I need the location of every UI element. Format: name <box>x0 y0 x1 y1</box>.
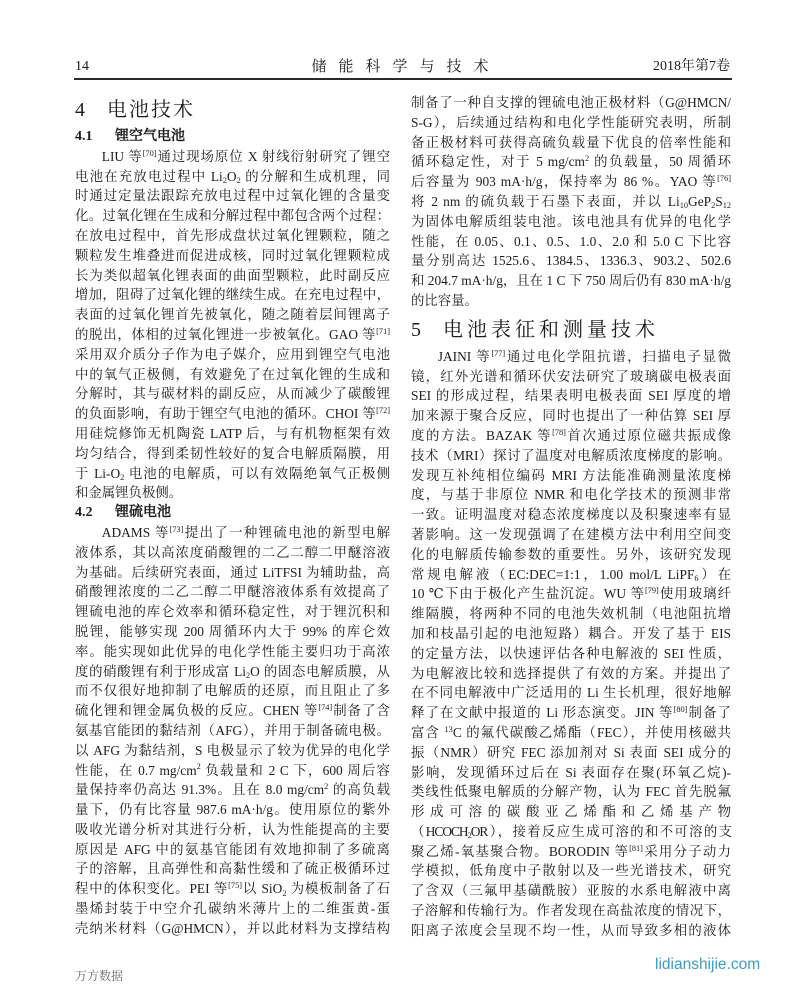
text-line: 增加，阻碍了过氧化锂的继续生成。在充电过程中， <box>75 285 390 305</box>
text-line: 在放电过程中，首先形成盘状过氧化锂颗粒，随之 <box>75 226 390 246</box>
subscript: 2 <box>223 176 227 185</box>
text-line: 10 ℃下由于极化产生盐沉淀。WU 等[79]使用玻璃纤 <box>411 584 731 604</box>
text-line: 聚乙烯-氧基聚合物。BORODIN 等[81]采用分子动力 <box>411 842 731 862</box>
text-line: 备正极材料可获得高硫负载量下优良的倍率性能和 <box>411 133 731 153</box>
citation-ref: [70] <box>143 149 157 158</box>
section-heading: 4电池技术 <box>75 96 390 127</box>
right-column: 制备了一种自支撑的锂硫电池正极材料（G@HMCN/S-G），后续通过结构和电化学… <box>411 93 731 941</box>
subscript: 2 <box>120 473 124 482</box>
paragraph: LIU 等[70]通过现场原位 X 射线衍射研究了锂空电池在充放电过程中 Li2… <box>75 147 390 503</box>
text-line: 度的方法。BAZAK 等[78]首次通过原位磁共振成像 <box>411 426 731 446</box>
text-line: 学模拟，低角度中子散射以及一些光谱技术，研究 <box>411 861 731 881</box>
text-line: 振（NMR）研究 FEC 添加剂对 Si 表面 SEI 成分的 <box>411 743 731 763</box>
subscript: 2 <box>468 831 471 840</box>
text-line: 分解时，其与碳材料的副反应，从而减少了碳酸锂 <box>75 384 390 404</box>
text-line: 循环稳定性，对于 5 mg/cm2 的负载量，50 周循环 <box>411 152 731 172</box>
text-line: 释了在文献中报道的 Li 形态演变。JIN 等[80]制备了 <box>411 703 731 723</box>
text-line: 形成可溶的碳酸亚乙烯酯和乙烯基产物 <box>411 802 731 822</box>
source-label: 万方数据 <box>75 968 123 984</box>
text-line: 于 Li-O2 电池的电解质，可以有效隔绝氧气正极侧 <box>75 464 390 484</box>
text-line: 墨烯封装于中空介孔碳纳米薄片上的二维蛋黄-蛋 <box>75 899 390 919</box>
text-line: 程中的体积变化。PEI 等[75]以 SiO2 为模板制备了石 <box>75 879 390 899</box>
text-line: 为固体电解质组装电池。该电池具有优异的电化学 <box>411 212 731 232</box>
text-line: 影响，发现循环过后在 Si 表面存在聚(环氧乙烷)- <box>411 763 731 783</box>
text-line: 采用双介质分子作为电子媒介，应用到锂空气电池 <box>75 345 390 365</box>
text-line: 性能，在 0.7 mg/cm2 负载量和 2 C 下，600 周后容 <box>75 761 390 781</box>
text-line: 为电解液比较和选择提供了有效的方案。并提出了 <box>411 664 731 684</box>
text-line: 子溶解和传输行为。作者发现在高盐浓度的情况下， <box>411 901 731 921</box>
text-line: 富含 13C 的氟代碳酸乙烯酯（FEC），并使用核磁共 <box>411 723 731 743</box>
citation-ref: [81] <box>629 844 643 853</box>
text-line: 的脱出，体相的过氧化锂进一步被氧化。GAO 等[71] <box>75 325 390 345</box>
text-line: 原因是 AFG 中的氨基官能团有效地抑制了多硫离 <box>75 840 390 860</box>
text-line: 了含双（三氟甲基磺酰胺）亚胺的水系电解液中离 <box>411 881 731 901</box>
citation-ref: [77] <box>491 349 505 358</box>
text-line: 以 AFG 为黏结剂，S 电极显示了较为优异的电化学 <box>75 741 390 761</box>
text-line: 的负面影响，有助于锂空气电池的循环。CHOI 等[72] <box>75 404 390 424</box>
text-line: 维隔膜，将两种不同的电池失效机制（电池阻抗增 <box>411 604 731 624</box>
citation-ref: [79] <box>645 586 659 595</box>
text-line: 一致。证明温度对稳态浓度梯度以及积聚速率有显 <box>411 505 731 525</box>
text-line: 度的硝酸锂有利于形成富 Li2O 的固态电解质膜，从 <box>75 662 390 682</box>
text-line: 制备了一种自支撑的锂硫电池正极材料（G@HMCN/ <box>411 93 731 113</box>
text-line: （HCOCH2OR），接着反应生成可溶的和不可溶的支 <box>411 822 731 842</box>
text-line: LIU 等[70]通过现场原位 X 射线衍射研究了锂空 <box>75 147 390 167</box>
text-line: 将 2 nm 的硫负载于石墨下表面，并以 Li10GeP2S12 <box>411 192 731 212</box>
text-line: 硫化锂和锂金属负极的反应。CHEN 等[74]制备了含 <box>75 701 390 721</box>
text-line: 和 204.7 mA·h/g，且在 1 C 下 750 周后仍有 830 mA·… <box>411 271 731 291</box>
text-line: 锂硫电池的库仑效率和循环稳定性，对于锂沉积和 <box>75 602 390 622</box>
paragraph: ADAMS 等[73]提出了一种锂硫电池的新型电解液体系，其以高浓度硝酸锂的二乙… <box>75 523 390 939</box>
text-line: 和金属锂负极侧。 <box>75 483 390 503</box>
citation-ref: [71] <box>376 327 390 336</box>
text-line: 类线性低聚电解质的分解产物，认为 FEC 首先脱氟 <box>411 782 731 802</box>
citation-ref: [72] <box>376 406 390 415</box>
subscript: 2 <box>282 889 286 898</box>
text-line: 吸收光谱分析对其进行分析，认为性能提高的主要 <box>75 820 390 840</box>
superscript: 2 <box>197 762 201 771</box>
text-line: 量保持率仍高达 91.3%。且在 8.0 mg/cm2 的高负载 <box>75 780 390 800</box>
text-line: 表面的过氧化锂首先被氧化，随之随着层间锂离子 <box>75 305 390 325</box>
text-line: 加和枝晶引起的电池短路）耦合。开发了基于 EIS <box>411 624 731 644</box>
citation-ref: [73] <box>170 525 184 534</box>
text-line: 脱锂，能够实现 200 周循环内大于 99% 的库仑效 <box>75 622 390 642</box>
text-line: S-G），后续通过结构和电化学性能研究表明，所制 <box>411 113 731 133</box>
heading-title: 电池技术 <box>107 99 195 121</box>
subscript: 2 <box>246 671 250 680</box>
citation-ref: [74] <box>318 703 332 712</box>
subscript: 10 <box>680 201 688 210</box>
heading-number: 4.1 <box>75 127 115 147</box>
text-line: 的比容量。 <box>411 291 731 311</box>
text-line: 发现互补纯相位编码 MRI 方法能准确测量浓度梯 <box>411 466 731 486</box>
text-line: 时通过定量法跟踪充放电过程中过氧化锂的含量变 <box>75 186 390 206</box>
text-line: 中的氧气正极侧，有效避免了在过氧化锂的生成和 <box>75 365 390 385</box>
text-line: 为基础。后续研究表面，通过 LiTFSI 为辅助盐，高 <box>75 563 390 583</box>
site-watermark: lidianshijie.com <box>655 955 760 975</box>
text-line: 用硅烷修饰无机陶瓷 LATP 后，与有机物框架有效 <box>75 424 390 444</box>
superscript: 13 <box>445 725 453 734</box>
text-line: 量下，仍有比容量 987.6 mA·h/g。使用原位的紫外 <box>75 800 390 820</box>
text-line: 颗粒发生堆叠进而促进成核，同时过氧化锂颗粒成 <box>75 246 390 266</box>
left-column: 4电池技术4.1锂空气电池LIU 等[70]通过现场原位 X 射线衍射研究了锂空… <box>75 96 390 939</box>
heading-title: 电池表征和测量技术 <box>443 319 659 341</box>
text-line: 均匀结合，得到柔韧性较好的复合电解质隔膜，用 <box>75 444 390 464</box>
citation-ref: [80] <box>674 705 688 714</box>
text-line: 硝酸锂浓度的二乙二醇二甲醚溶液体系有效提高了 <box>75 582 390 602</box>
text-line: JAINI 等[77]通过电化学阻抗谱，扫描电子显微 <box>411 347 731 367</box>
subscript: 2 <box>711 201 715 210</box>
heading-number: 4.2 <box>75 503 115 523</box>
text-line: 阳离子浓度会呈现不均一性，从而导致多相的液体 <box>411 921 731 941</box>
superscript: 2 <box>585 154 589 163</box>
heading-title: 锂硫电池 <box>115 505 171 520</box>
header-rule <box>74 78 732 80</box>
journal-page: 14 储能科学与技术 2018年第7卷 4电池技术4.1锂空气电池LIU 等[7… <box>0 0 800 1000</box>
citation-ref: [76] <box>717 174 731 183</box>
paragraph: 制备了一种自支撑的锂硫电池正极材料（G@HMCN/S-G），后续通过结构和电化学… <box>411 93 731 311</box>
text-line: 壳纳米材料（G@HMCN），并以此材料为支撑结构 <box>75 919 390 939</box>
heading-number: 4 <box>75 96 107 124</box>
subsection-heading: 4.1锂空气电池 <box>75 127 390 147</box>
text-line: SEI 的形成过程，结果表明电极表面 SEI 厚度的增 <box>411 386 731 406</box>
text-line: 液体系，其以高浓度硝酸锂的二乙二醇二甲醚溶液 <box>75 543 390 563</box>
text-line: 化的电解质传输参数的重要性。另外，该研究发现 <box>411 545 731 565</box>
subsection-heading: 4.2锂硫电池 <box>75 503 390 523</box>
text-line: 的定量方法，以快速评估各种电解液的 SEI 性质， <box>411 644 731 664</box>
text-line: 加来源于聚合反应，同时也提出了一种估算 SEI 厚 <box>411 406 731 426</box>
heading-title: 锂空气电池 <box>115 129 185 144</box>
text-line: 技术（MRI）探讨了温度对电解质浓度梯度的影响。 <box>411 446 731 466</box>
text-line: 率。能实现如此优异的电化学性能主要归功于高浓 <box>75 642 390 662</box>
text-line: 在不同电解液中广泛适用的 Li 生长机理，很好地解 <box>411 683 731 703</box>
citation-ref: [78] <box>552 428 566 437</box>
superscript: 2 <box>324 782 328 791</box>
text-line: 量分别高达 1525.6、1384.5、1336.3、903.2、502.6 <box>411 251 731 271</box>
text-line: 常规电解液（EC:DEC=1:1，1.00 mol/L LiPF6）在 <box>411 565 731 585</box>
text-line: 化。过氧化锂在生成和分解过程中都包含两个过程： <box>75 206 390 226</box>
text-line: 镜，红外光谱和循环伏安法研究了玻璃碳电极表面 <box>411 367 731 387</box>
text-line: 度，与基于非原位 NMR 和电化学技术的预测非常 <box>411 485 731 505</box>
section-heading: 5电池表征和测量技术 <box>411 311 731 347</box>
text-line: 著影响。这一发现强调了在建模方法中利用空间变 <box>411 525 731 545</box>
text-line: 电池在充放电过程中 Li2O2 的分解和生成机理，同 <box>75 167 390 187</box>
paragraph: JAINI 等[77]通过电化学阻抗谱，扫描电子显微镜，红外光谱和循环伏安法研究… <box>411 347 731 941</box>
text-line: 性能，在 0.05、0.1、0.5、1.0、2.0 和 5.0 C 下比容 <box>411 232 731 252</box>
subscript: 2 <box>237 176 241 185</box>
text-line: 后容量为 903 mA·h/g，保持率为 86 %。YAO 等[76] <box>411 172 731 192</box>
text-line: 氨基官能团的黏结剂（AFG），并用于制备硫电极。 <box>75 721 390 741</box>
volume-info: 2018年第7卷 <box>653 58 730 76</box>
subscript: 6 <box>694 574 698 583</box>
text-line: 长为类似超氧化锂表面的曲面型颗粒，此时副反应 <box>75 266 390 286</box>
citation-ref: [75] <box>228 881 242 890</box>
text-line: ADAMS 等[73]提出了一种锂硫电池的新型电解 <box>75 523 390 543</box>
heading-number: 5 <box>411 311 443 349</box>
text-line: 子的溶解，且高弹性和高黏性缓和了硫正极循环过 <box>75 859 390 879</box>
subscript: 12 <box>723 201 731 210</box>
text-line: 而不仅很好地抑制了电解质的还原，而且阻止了多 <box>75 681 390 701</box>
